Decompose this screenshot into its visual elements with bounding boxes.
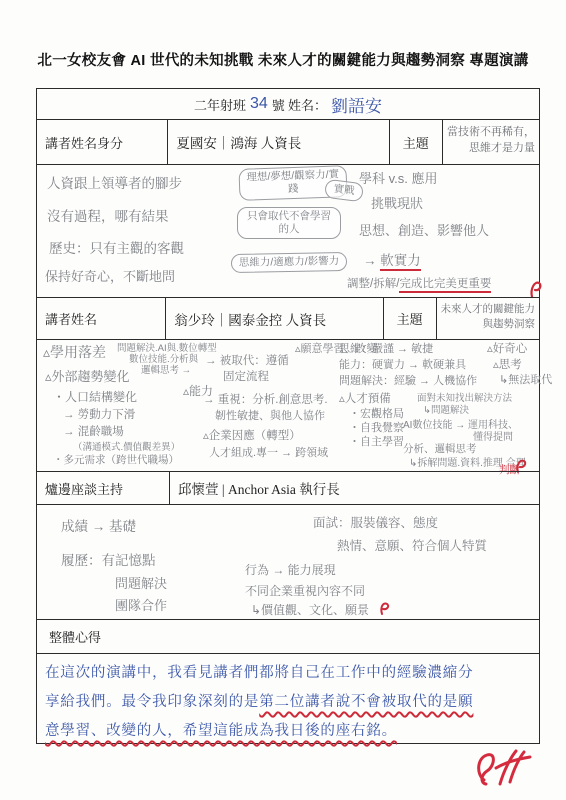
feedback-line: 意學習、改變的人，希望這能成為我日後的座右銘。: [45, 717, 531, 746]
seat-number-handwritten: 34: [250, 95, 268, 113]
note-line: 思維：嚴謹 → 敏捷: [339, 340, 433, 356]
topic-line: 思維才是力量: [447, 139, 535, 155]
note-line: ▵人才預備: [339, 390, 391, 406]
note-line: 面試：服裝儀容、態度: [313, 513, 438, 531]
note-line: 人資跟上領導者的腳步: [47, 172, 182, 192]
fireside-notes: 成績 → 基礎 履歷：有記憶點 問題解決 團隊合作 行為 → 能力展現 不同企業…: [37, 504, 539, 619]
teacher-signature-icon: [468, 744, 534, 796]
speaker2-row: 講者姓名 翁少玲｜國泰金控 人資長 主題 未來人才的關鍵能力 與趨勢洞察: [37, 297, 539, 339]
note-line: ↳價值觀、文化、願景: [251, 601, 369, 618]
red-curl-icon: [379, 601, 390, 616]
note-bubble: 只會取代不會學習的人: [237, 207, 341, 239]
note-line: → 混齡職場: [63, 423, 124, 439]
note-line: ▵外部趨勢變化: [45, 366, 130, 385]
student-name-handwritten: 劉語安: [331, 92, 382, 117]
note-line: 團隊合作: [115, 595, 167, 614]
speaker1-topic-label: 主題: [389, 120, 442, 164]
note-line: 邏輯思考 →: [141, 362, 191, 376]
note-line: 不同企業重視內容不同: [245, 582, 365, 599]
note-line: 行為 → 能力展現: [245, 561, 336, 578]
host-label: 爐邊座談主持: [37, 472, 169, 504]
note-line: ▵學用落差: [43, 342, 106, 362]
host-row: 爐邊座談主持 邱懷萱 | Anchor Asia 執行長: [37, 471, 539, 504]
speaker1-topic: 當技術不再稀有， 思維才是力量: [442, 120, 539, 164]
red-underlined-text: 完成比完美更重要: [399, 278, 491, 293]
note-line: → 被取代：遵循: [205, 352, 289, 368]
note-line: 履歷：有記憶點: [61, 549, 156, 569]
note-line: 懂得提問: [473, 428, 513, 443]
note-line: 挑戰現狀: [371, 193, 423, 212]
speaker2-topic-label: 主題: [383, 298, 436, 339]
topic-line: 未來人才的關鍵能力: [441, 301, 536, 316]
class-name-row: 二年射班 34 號 姓名： 劉語安: [37, 89, 539, 119]
overall-label-row: 整體心得: [37, 619, 539, 653]
speaker2-notes: ▵學用落差 問題解決.AI與.數位轉型 數位技能.分析與 邏輯思考 → ▵外部趨…: [37, 339, 539, 471]
note-line: 歷史：只有主觀的客觀: [49, 237, 184, 257]
note-line: 問題解決: [115, 573, 167, 592]
red-underlined-text: 軟實力: [380, 253, 421, 271]
topic-line: 當技術不再稀有，: [447, 123, 535, 139]
note-line: ・自主學習: [349, 433, 404, 449]
note-line: ▵思考: [493, 356, 522, 372]
name-label: 號 姓名：: [272, 95, 327, 114]
red-wavy-underlined-text: 第二位講者說不會被取代的是願: [259, 694, 473, 710]
speaker1-label: 講者姓名身分: [37, 120, 167, 164]
note-line: （溝通模式.價值觀差異）: [73, 439, 180, 453]
red-hook-icon: [529, 279, 543, 299]
note-line: ▵好奇心: [487, 340, 527, 356]
host-value: 邱懷萱 | Anchor Asia 執行長: [169, 472, 539, 504]
note-line: ↳問題解決: [423, 402, 469, 416]
note-line: 保持好奇心，不斷地問: [45, 266, 175, 285]
note-line: 思想、創造、影響他人: [359, 220, 489, 239]
speaker1-row: 講者姓名身分 夏國安｜鴻海 人資長 主題 當技術不再稀有， 思維才是力量: [37, 119, 539, 164]
note-line: 能力：硬實力 → 軟硬兼具: [339, 356, 466, 372]
note-line-done-over-perfect: 調整/拆解/完成比完美更重要: [347, 275, 491, 291]
note-line: 人才組成.專一 → 跨領域: [209, 444, 328, 460]
note-line: 韌性敏捷、與他人協作: [215, 407, 325, 423]
note-line: 固定流程: [223, 368, 269, 384]
overall-label: 整體心得: [37, 627, 101, 646]
note-bubble: 思維力/適應力/影響力: [231, 252, 347, 273]
overall-feedback: 在這次的演講中，我看見講者們都將自己在工作中的經驗濃縮分 享給我們。最令我印象深…: [37, 653, 539, 743]
note-line: → 重視：分析.創意思考.: [203, 391, 328, 407]
note-line: 學科 v.s. 應用: [359, 168, 437, 187]
speaker2-topic: 未來人才的關鍵能力 與趨勢洞察: [436, 298, 540, 339]
speaker1-value: 夏國安｜鴻海 人資長: [167, 120, 388, 164]
worksheet-page: 北一女校友會 AI 世代的未知挑戰 未來人才的關鍵能力與趨勢洞察 專題演講 二年…: [0, 0, 566, 800]
page-title: 北一女校友會 AI 世代的未知挑戰 未來人才的關鍵能力與趨勢洞察 專題演講: [0, 49, 566, 70]
note-line: ▵企業因應（轉型）: [203, 427, 301, 443]
note-line: → 勞動力下滑: [63, 406, 135, 422]
feedback-text: 享給我們。最令我印象深刻的是: [45, 694, 259, 710]
feedback-line: 在這次的演講中，我看見講者們都將自己在工作中的經驗濃縮分: [45, 659, 531, 688]
note-line: ↳無法取代: [499, 371, 552, 387]
class-label: 二年射班: [194, 95, 246, 114]
red-wavy-underlined-text: 意學習、改變的人，希望這能成為我日後的座右銘。: [45, 723, 397, 739]
speaker2-value: 翁少玲｜國泰金控 人資長: [165, 298, 382, 339]
note-line: ・多元需求（跨世代職場）: [53, 452, 179, 467]
arrow-glyph: →: [363, 253, 380, 268]
speaker1-notes: 人資跟上領導者的腳步 沒有過程，哪有結果 歷史：只有主觀的客觀 保持好奇心，不斷…: [37, 164, 539, 297]
note-line: 成績 → 基礎: [61, 515, 136, 535]
worksheet-table: 二年射班 34 號 姓名： 劉語安 講者姓名身分 夏國安｜鴻海 人資長 主題 當…: [36, 88, 540, 744]
note-line: ・人口結構變化: [53, 388, 137, 405]
topic-line: 與趨勢洞察: [441, 316, 536, 331]
speaker2-label: 講者姓名: [37, 298, 165, 339]
note-line-soft-skills: → 軟實力: [363, 249, 421, 269]
note-text: 調整/拆解/: [347, 278, 399, 290]
feedback-line: 享給我們。最令我印象深刻的是第二位講者說不會被取代的是願: [45, 688, 531, 717]
note-line: 沒有過程，哪有結果: [47, 205, 169, 225]
note-line: 熱情、意願、符合個人特質: [337, 536, 487, 554]
note-line: 問題解決：經驗 → 人機協作: [339, 372, 477, 388]
